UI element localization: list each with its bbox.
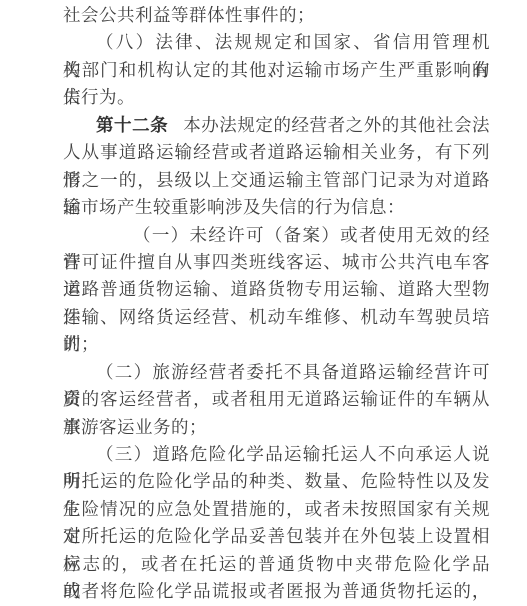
doc-line: 关部门和机构认定的其他对运输市场产生严重影响的失: [63, 57, 490, 84]
doc-line: 的；: [63, 331, 490, 358]
doc-line-text: 本办法规定的经营者之外的其他社会法: [183, 115, 490, 135]
doc-line: （三）道路危险化学品运输托运人不向承运人说明: [63, 441, 490, 468]
article-number: 第十二条: [96, 115, 168, 135]
doc-line: 运输、网络货运经营、机动车维修、机动车驾驶员培训: [63, 304, 490, 331]
doc-line: （二）旅游经营者委托不具备道路运输经营许可资: [63, 359, 490, 386]
doc-line: 所托运的危险化学品的种类、数量、危险特性以及发生: [63, 468, 490, 495]
doc-line: 许可证件擅自从事四类班线客运、城市公共汽电车客运、: [63, 249, 490, 276]
doc-line: 第十二条本办法规定的经营者之外的其他社会法: [63, 112, 490, 139]
doc-line: （一）未经许可（备案）或者使用无效的经营: [63, 222, 490, 249]
doc-line: 危险情况的应急处置措施的，或者未按照国家有关规定: [63, 496, 490, 523]
doc-line: 标志的，或者在托运的普通货物中夹带危险化学品的，: [63, 551, 490, 578]
doc-line: 人从事道路运输经营或者道路运输相关业务，有下列情: [63, 139, 490, 166]
doc-line: 道路普通货物运输、道路货物专用运输、道路大型物件: [63, 276, 490, 303]
document-page: 社会公共利益等群体性事件的； （八）法律、法规规定和国家、省信用管理机构、有 关…: [0, 0, 527, 606]
doc-line: 旅游客运业务的；: [63, 414, 490, 441]
doc-line: 信行为。: [63, 84, 490, 111]
doc-line: 质的客运经营者，或者租用无道路运输证件的车辆从事: [63, 386, 490, 413]
doc-line: 输市场产生较重影响涉及失信的行为信息：: [63, 194, 490, 221]
doc-line: （八）法律、法规规定和国家、省信用管理机构、有: [63, 29, 490, 56]
doc-line: 对所托运的危险化学品妥善包装并在外包装上设置相应: [63, 523, 490, 550]
doc-line: 或者将危险化学品谎报或者匿报为普通货物托运的，或: [63, 578, 490, 605]
doc-line: 社会公共利益等群体性事件的；: [63, 2, 490, 29]
doc-line: 形之一的，县级以上交通运输主管部门记录为对道路运: [63, 167, 490, 194]
